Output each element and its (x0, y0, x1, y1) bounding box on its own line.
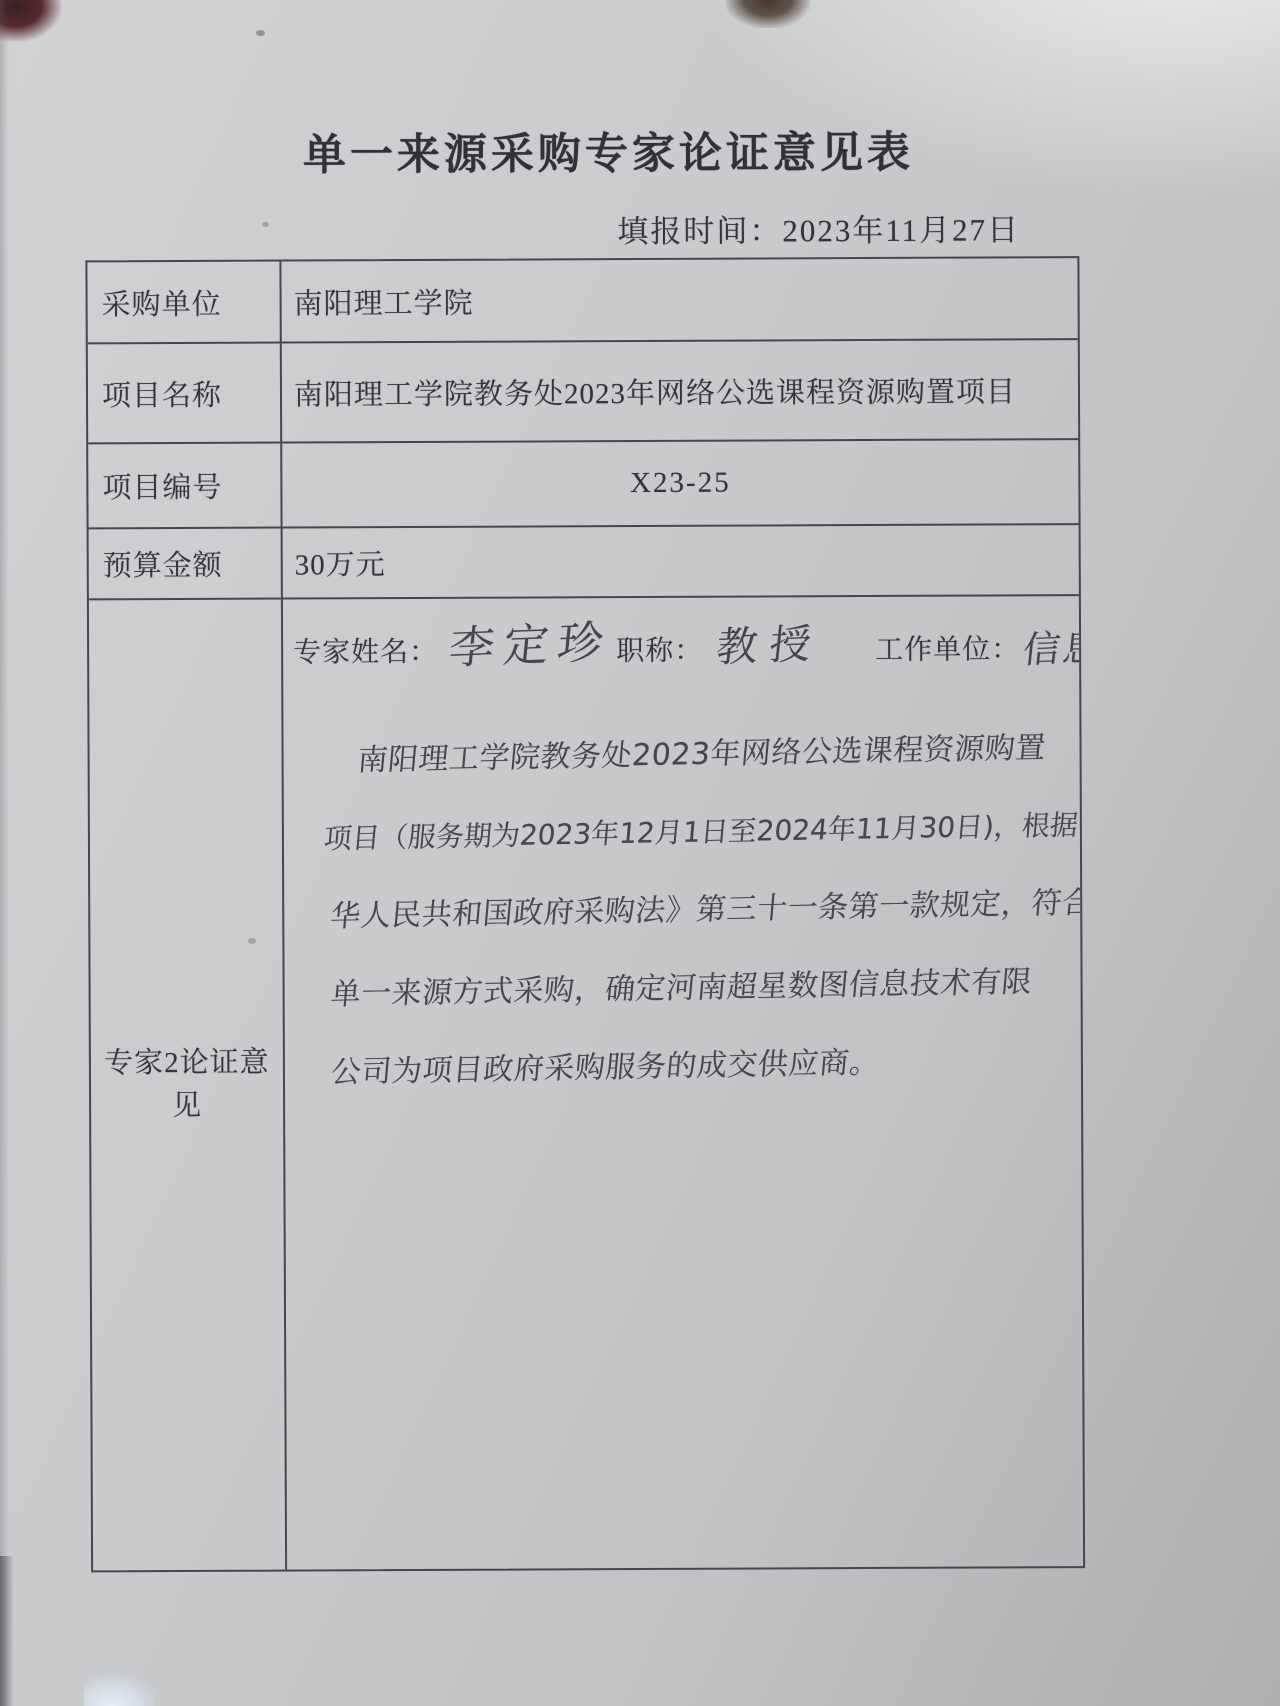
form-title: 单一来源采购专家论证意见表 (303, 119, 914, 183)
expert-org-label: 工作单位： (875, 627, 1020, 668)
row-value: X23-25 (282, 440, 1078, 526)
table-row-project-name: 项目名称 南阳理工学院教务处2023年网络公选课程资源购置项目 (88, 340, 1078, 444)
expert-opinion-cell: 专家姓名： 李定珍 职称： 教授 工作单位： 信息工程学院. 南阳理工学院教务处… (283, 596, 1083, 1569)
document-photo: 单一来源采购专家论证意见表 填报时间：2023年11月27日 采购单位 南阳理工… (0, 0, 1280, 1706)
table-row-expert-opinion: 专家2论证意见 专家姓名： 李定珍 职称： 教授 工作单位： 信息工程学院. 南… (89, 596, 1083, 1570)
row-label: 预算金额 (89, 529, 283, 599)
table-row-budget: 预算金额 30万元 (89, 525, 1079, 600)
opinion-line: 华人民共和国政府采购法》第三十一条第一款规定，符合 (327, 865, 1078, 957)
row-value: 南阳理工学院 (281, 258, 1077, 341)
expert-title-label: 职称： (616, 629, 703, 669)
opinion-line: 单一来源方式采购，确定河南超星数图信息技术有限 (327, 943, 1078, 1035)
form-table: 采购单位 南阳理工学院 项目名称 南阳理工学院教务处2023年网络公选课程资源购… (85, 256, 1085, 1572)
row-label: 项目名称 (88, 344, 282, 443)
handwritten-opinion: 南阳理工学院教务处2023年网络公选课程资源购置 项目（服务期为2023年12月… (293, 719, 1075, 1112)
opinion-line: 南阳理工学院教务处2023年网络公选课程资源购置 (354, 709, 1077, 800)
table-row-purchasing-unit: 采购单位 南阳理工学院 (87, 258, 1077, 344)
table-row-project-number: 项目编号 X23-25 (88, 440, 1078, 529)
row-value: 南阳理工学院教务处2023年网络公选课程资源购置项目 (282, 340, 1078, 441)
row-label: 采购单位 (87, 262, 281, 343)
expert-org-handwritten: 信息工程学院. (1021, 610, 1083, 674)
row-value: 30万元 (283, 525, 1079, 597)
opinion-line: 项目（服务期为2023年12月1日至2024年11月30日)，根据《中 (321, 787, 1078, 879)
row-label: 项目编号 (88, 444, 282, 528)
row-label: 专家2论证意见 (89, 600, 287, 1571)
report-date: 填报时间：2023年11月27日 (617, 204, 1020, 251)
expert-name-label: 专家姓名： (293, 630, 438, 671)
form-document: 单一来源采购专家论证意见表 填报时间：2023年11月27日 采购单位 南阳理工… (0, 0, 1280, 1706)
expert-info-line: 专家姓名： 李定珍 职称： 教授 工作单位： 信息工程学院. (293, 606, 1073, 674)
expert-title-handwritten: 教授 (714, 610, 826, 673)
opinion-line: 公司为项目政府采购服务的成交供应商。 (328, 1021, 1079, 1113)
expert-name-handwritten: 李定珍 (446, 605, 615, 676)
